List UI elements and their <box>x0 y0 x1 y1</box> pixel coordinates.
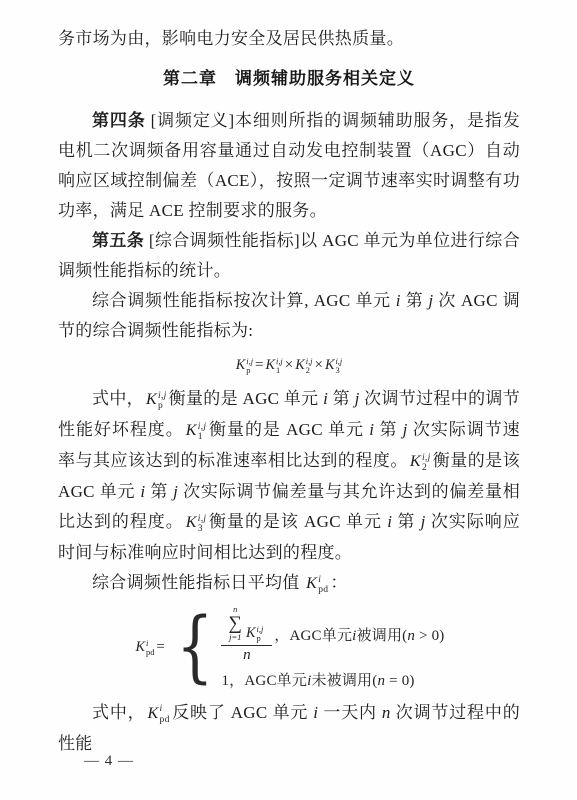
formula-case-not-called: 1，AGC单元i未被调用(n = 0) <box>221 669 444 690</box>
fraction-denominator: n <box>243 646 251 664</box>
text-run: 务市场为由，影响电力安全及居民供热质量。 <box>58 29 404 48</box>
fraction: n ∑ j=1 Ki,jp n <box>221 605 272 664</box>
text-run: = <box>156 639 164 656</box>
text-run: 第 <box>401 291 429 310</box>
paragraph-explain-kp: 式中，Ki,jp衡量的是 AGC 单元 i 第 j 次调节过程中的调节性能好坏程… <box>58 384 520 568</box>
paragraph-explain-kpd: 式中，Kipd反映了 AGC 单元 i 一天内 n 次调节过程中的性能 <box>58 698 520 759</box>
text-run: × <box>315 357 323 374</box>
text-run: > 0) <box>415 628 444 644</box>
paragraph-calc-intro: 综合调频性能指标按次计算, AGC 单元 i 第 j 次 AGC 调节的综合调频… <box>58 286 520 346</box>
summation-term: Ki,jp <box>244 624 265 642</box>
paragraph-article-5: 第五条 [综合调频性能指标]以 AGC 单元为单位进行综合调频性能指标的统计。 <box>58 226 520 286</box>
math-symbol: Ki,j2 <box>410 447 431 477</box>
text-run: n <box>382 703 391 722</box>
math-symbol: Ki,j1 <box>266 356 283 374</box>
text-run: n <box>407 628 415 644</box>
math-symbol: Kipd <box>306 569 328 599</box>
text-run: 衡量的是该 AGC 单元 <box>208 512 387 531</box>
summation-symbol: n ∑ j=1 <box>228 605 242 643</box>
text-run: 1，AGC单元 <box>221 673 307 689</box>
text-run: 式中， <box>92 389 144 408</box>
formula-kpd-lhs: Kipd = <box>133 638 164 656</box>
text-run: 综合调频性能指标按次计算, AGC 单元 <box>92 291 396 310</box>
text-run: 反映了 AGC 单元 <box>172 703 314 722</box>
paragraph-article-4: 第四条 [调频定义]本细则所指的调频辅助服务，是指发电机二次调频备用容量通过自动… <box>58 106 520 226</box>
math-symbol: Kipd <box>147 699 169 729</box>
math-symbol: Ki,j3 <box>186 508 207 538</box>
text-run: 综合调频性能指标日平均值 <box>92 573 304 592</box>
page-number: — 4 — <box>84 753 134 770</box>
text-run: = 0) <box>385 673 414 689</box>
summation-lower-limit: j=1 <box>229 633 241 642</box>
text-run: 式中， <box>92 703 145 722</box>
formula-case-called: n ∑ j=1 Ki,jp n ，AGC单元i被调用(n > 0) <box>221 605 444 664</box>
text-run: 衡量的是 AGC 单元 <box>208 420 369 439</box>
text-run: = <box>255 357 263 374</box>
formula-cases: n ∑ j=1 Ki,jp n ，AGC单元i被调用(n > 0) 1，AGC单… <box>221 605 444 690</box>
text-run: ： <box>330 573 347 592</box>
text-run: 第 <box>145 482 173 501</box>
case-called-text: ，AGC单元i被调用(n > 0) <box>274 624 444 645</box>
chapter-heading: 第二章 调频辅助服务相关定义 <box>58 64 520 94</box>
math-symbol: Kipd <box>135 638 154 656</box>
text-run: 被调用( <box>357 628 408 644</box>
math-symbol: Ki,jp <box>146 385 167 415</box>
text-run: ，AGC单元 <box>274 628 352 644</box>
text-run: 一天内 <box>318 703 382 722</box>
math-symbol: Ki,j2 <box>295 356 312 374</box>
text-run: 未被调用( <box>311 673 377 689</box>
document-page: 务市场为由，影响电力安全及居民供热质量。 第二章 调频辅助服务相关定义 第四条 … <box>0 0 577 800</box>
text-run: 第 <box>374 420 402 439</box>
left-brace-symbol: { <box>176 608 213 686</box>
text-run: × <box>285 357 293 374</box>
formula-kpd-cases: Kipd = { n ∑ j=1 Ki,jp n <box>58 605 520 690</box>
fraction-numerator: n ∑ j=1 Ki,jp <box>221 605 272 646</box>
math-symbol: Ki,j3 <box>325 356 342 374</box>
case-not-called-text: 1，AGC单元i未被调用(n = 0) <box>221 669 414 690</box>
math-symbol: Ki,jp <box>236 356 253 374</box>
formula-kp-product: Ki,jp = Ki,j1 × Ki,j2 × Ki,j3 <box>58 348 520 382</box>
text-run: 第四条 <box>92 111 146 130</box>
sigma-symbol: ∑ <box>228 614 242 633</box>
math-symbol: Ki,j1 <box>186 416 207 446</box>
text-run: 第 <box>328 389 354 408</box>
math-symbol: Ki,jp <box>246 624 263 642</box>
text-run: n <box>377 673 385 689</box>
text-run: 第 <box>392 512 420 531</box>
text-run: 衡量的是 AGC 单元 <box>169 389 323 408</box>
paragraph-daily-average-intro: 综合调频性能指标日平均值 Kipd： <box>58 568 520 599</box>
paragraph-continuation: 务市场为由，影响电力安全及居民供热质量。 <box>58 24 520 54</box>
page-content: 务市场为由，影响电力安全及居民供热质量。 第二章 调频辅助服务相关定义 第四条 … <box>0 0 577 759</box>
text-run: 第五条 <box>92 231 144 250</box>
